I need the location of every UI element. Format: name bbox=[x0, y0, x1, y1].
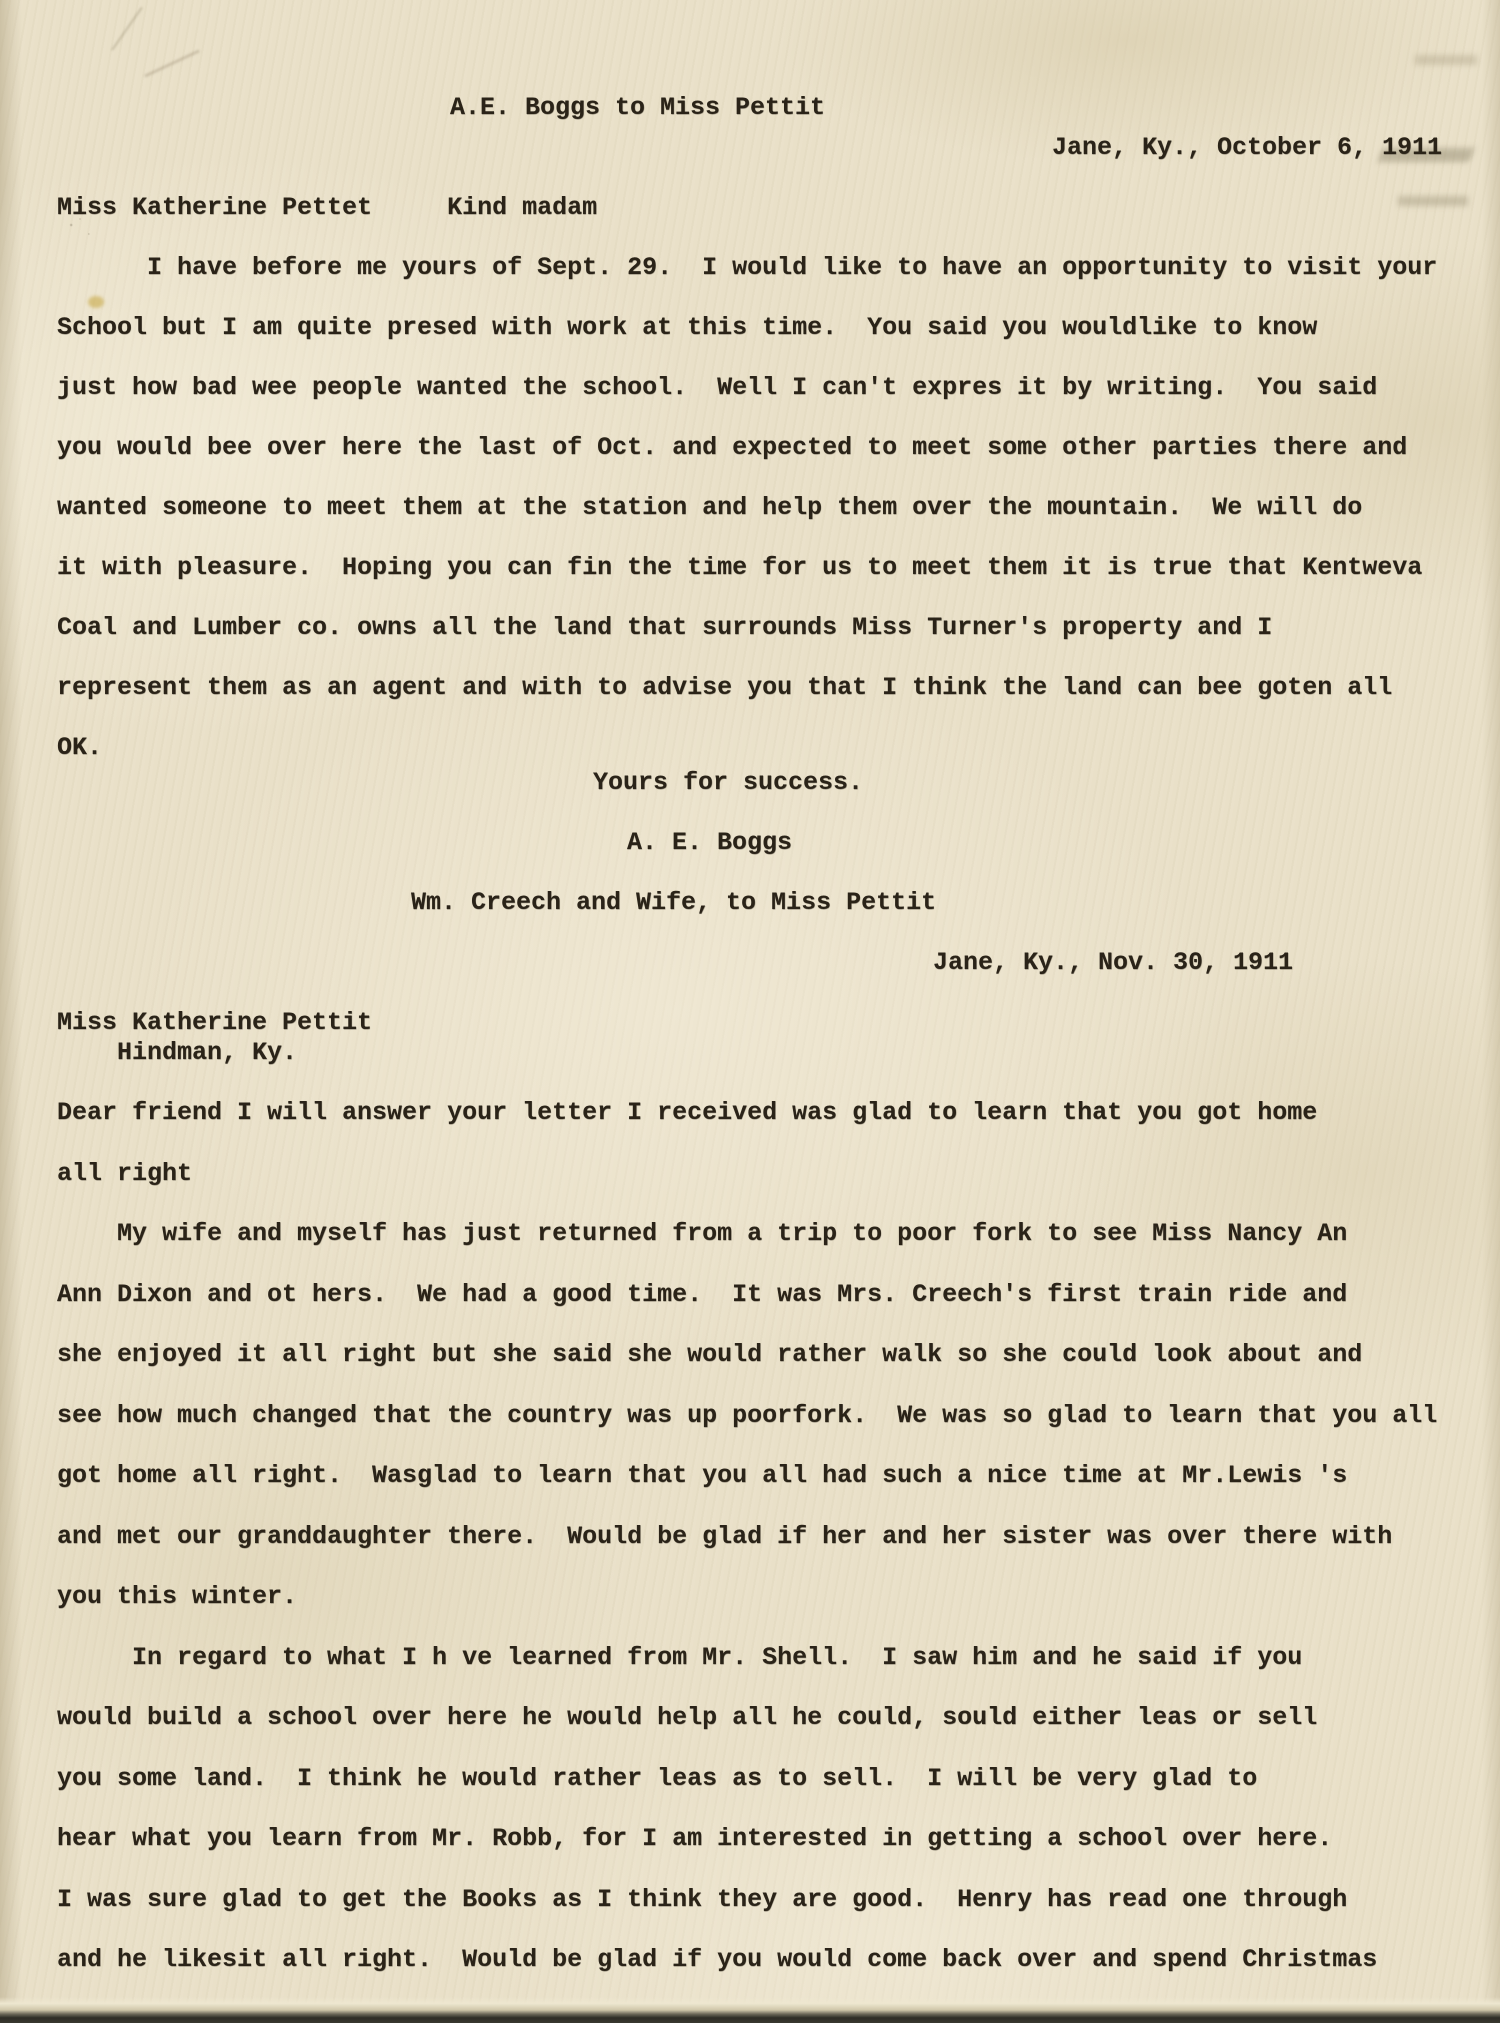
typed-line: My wife and myself has just returned fro… bbox=[57, 1204, 1457, 1265]
letter2-title: Wm. Creech and Wife, to Miss Pettit bbox=[411, 873, 1457, 933]
letter-page: A.E. Boggs to Miss Pettit Jane, Ky., Oct… bbox=[0, 0, 1500, 2023]
typed-line: Dear friend I will answer your letter I … bbox=[57, 1083, 1457, 1144]
typed-line: and he likesit all right. Would be glad … bbox=[57, 1930, 1457, 1991]
typed-line: I have before me yours of Sept. 29. I wo… bbox=[57, 238, 1457, 298]
letter-content: A.E. Boggs to Miss Pettit Jane, Ky., Oct… bbox=[57, 78, 1457, 1991]
typed-line: it with pleasure. Hoping you can fin the… bbox=[57, 538, 1457, 598]
typed-line: you some land. I think he would rather l… bbox=[57, 1749, 1457, 1810]
typed-line: see how much changed that the country wa… bbox=[57, 1386, 1457, 1447]
typed-line: I was sure glad to get the Books as I th… bbox=[57, 1870, 1457, 1931]
typed-line: would build a school over here he would … bbox=[57, 1688, 1457, 1749]
typed-line: School but I am quite presed with work a… bbox=[57, 298, 1457, 358]
letter2-dateline: Jane, Ky., Nov. 30, 1911 bbox=[933, 933, 1457, 993]
letter1-salutation: Miss Katherine Pettet Kind madam bbox=[57, 178, 1457, 238]
typed-line: all right bbox=[57, 1144, 1457, 1205]
typed-line: In regard to what I h ve learned from Mr… bbox=[57, 1628, 1457, 1689]
letter1-closing: Yours for success. bbox=[593, 753, 1457, 813]
typed-line: Ann Dixon and ot hers. We had a good tim… bbox=[57, 1265, 1457, 1326]
letter1-signature: A. E. Boggs bbox=[627, 813, 1457, 873]
typed-line: you this winter. bbox=[57, 1567, 1457, 1628]
typed-line: hear what you learn from Mr. Robb, for I… bbox=[57, 1809, 1457, 1870]
letter1-dateline: Jane, Ky., October 6, 1911 bbox=[1052, 118, 1457, 178]
page-bottom-edge bbox=[0, 1997, 1500, 2023]
typed-line: represent them as an agent and with to a… bbox=[57, 658, 1457, 718]
typed-line: you would bee over here the last of Oct.… bbox=[57, 418, 1457, 478]
typed-line: Coal and Lumber co. owns all the land th… bbox=[57, 598, 1457, 658]
letter2-body: Dear friend I will answer your letter I … bbox=[57, 1083, 1457, 1991]
paper-smudge bbox=[1415, 55, 1477, 65]
letter1-body: I have before me yours of Sept. 29. I wo… bbox=[57, 238, 1457, 778]
typed-line: just how bad wee people wanted the schoo… bbox=[57, 358, 1457, 418]
typed-line: she enjoyed it all right but she said sh… bbox=[57, 1325, 1457, 1386]
typed-line: wanted someone to meet them at the stati… bbox=[57, 478, 1457, 538]
typed-line: got home all right. Wasglad to learn tha… bbox=[57, 1446, 1457, 1507]
paper-crease-mark bbox=[144, 49, 200, 77]
typed-line: and met our granddaughter there. Would b… bbox=[57, 1507, 1457, 1568]
letter2-recipient-address: Hindman, Ky. bbox=[57, 1023, 1457, 1083]
